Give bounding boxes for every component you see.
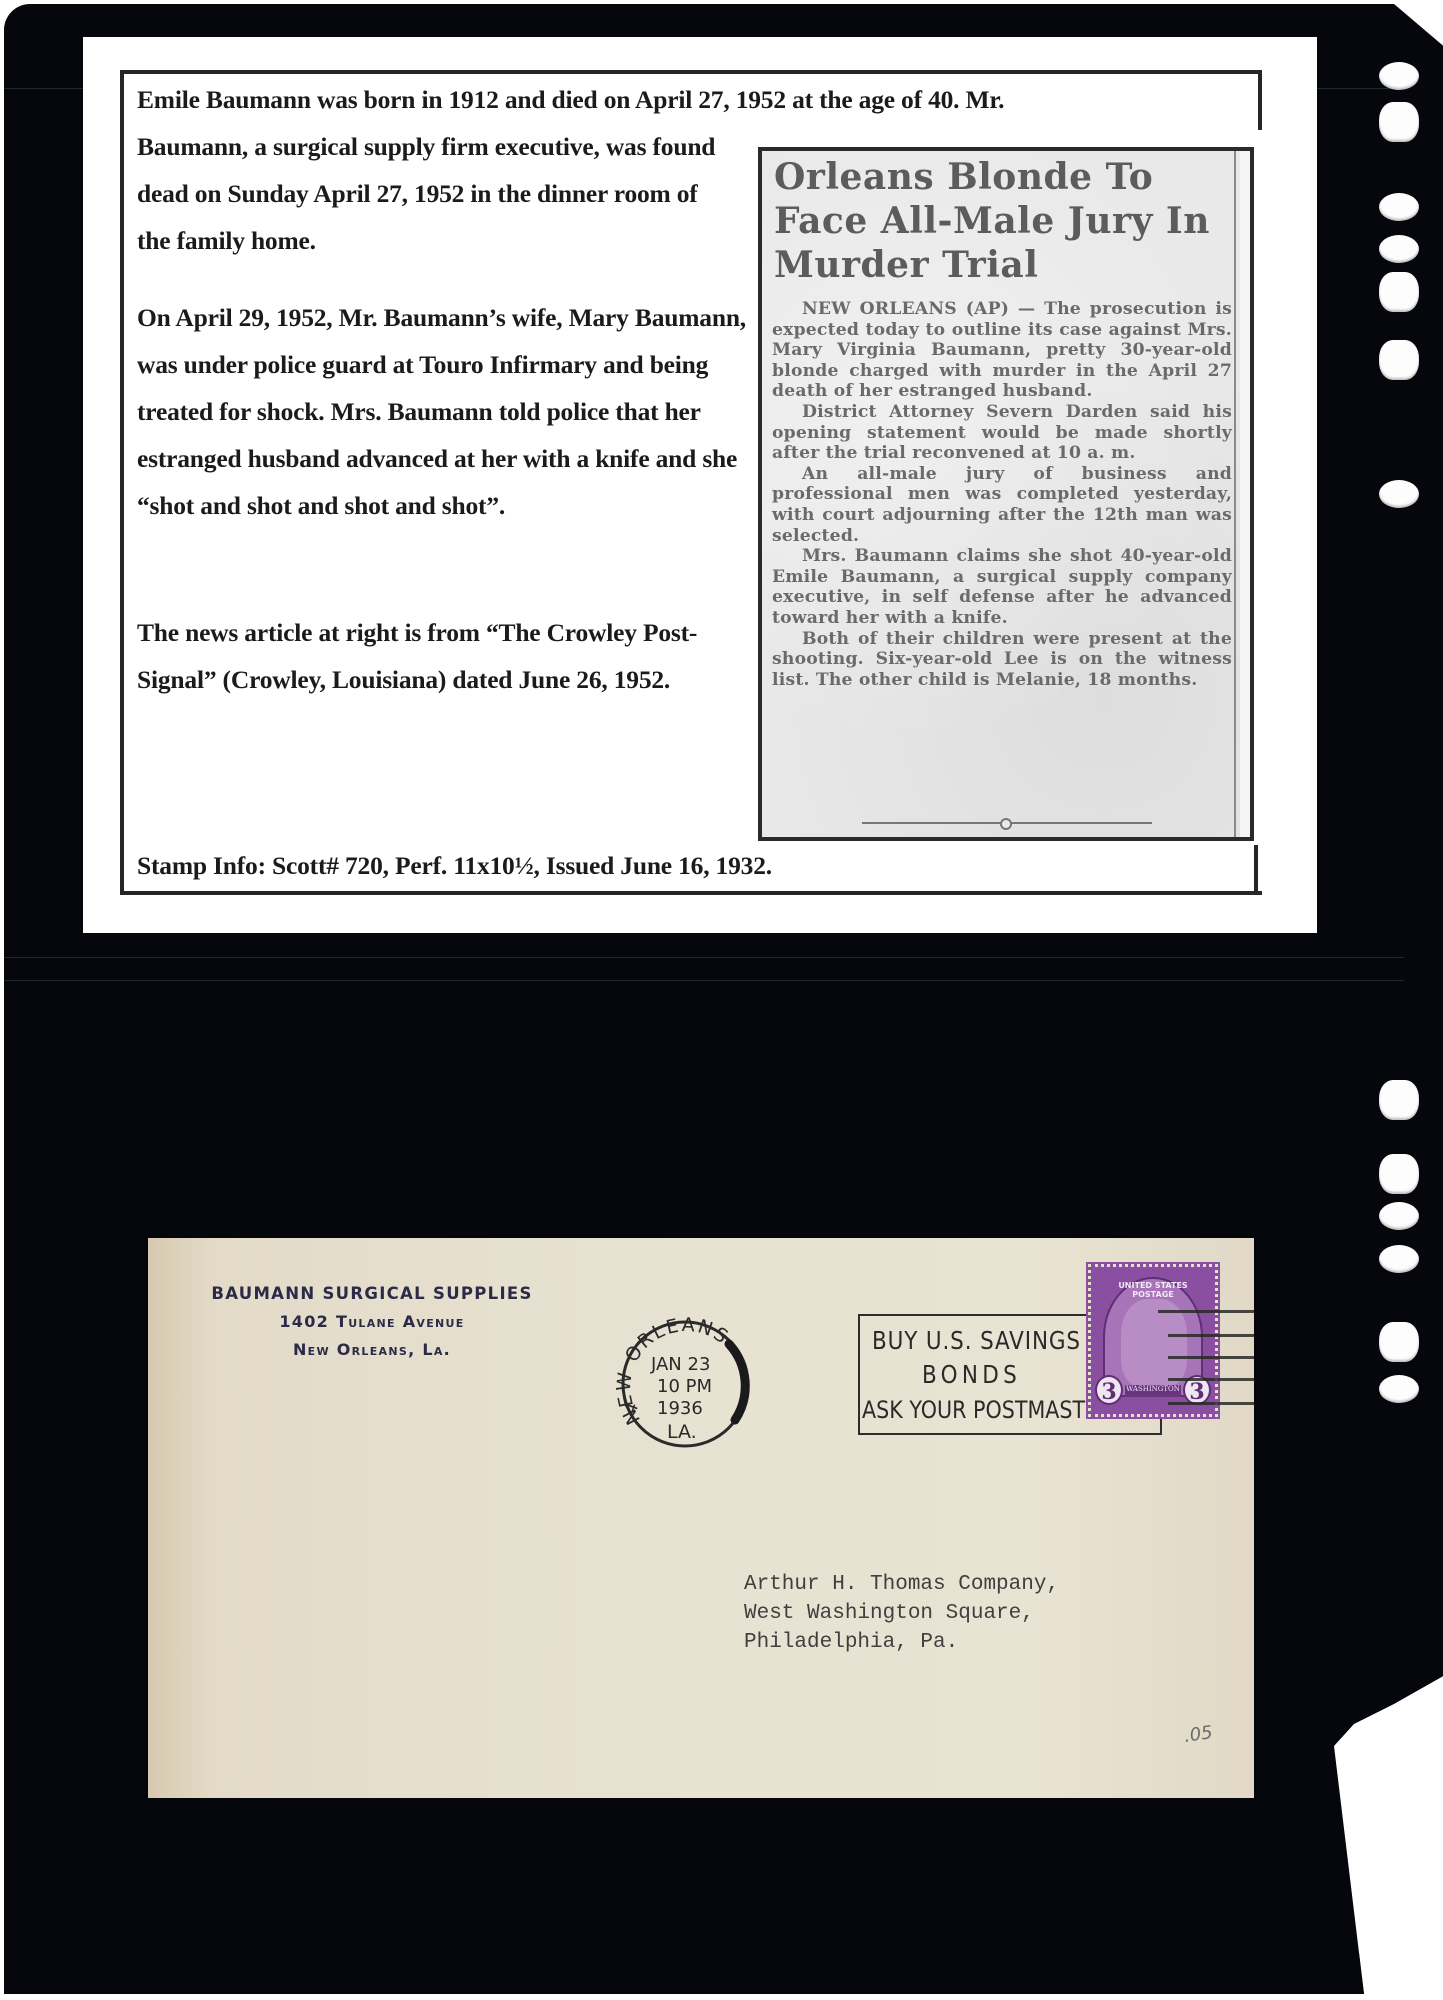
envelope-cover: Baumann Surgical Supplies 1402 Tulane Av… <box>148 1238 1254 1798</box>
cancel-bar <box>1168 1402 1254 1405</box>
info-frame-edge <box>1254 845 1258 895</box>
cancel-bar <box>1168 1378 1254 1381</box>
binder-hole <box>1379 1322 1419 1362</box>
binder-hole <box>1379 340 1419 380</box>
postmark-state: LA. <box>667 1421 697 1443</box>
bio-paragraph: Baumann, a surgical supply firm executiv… <box>137 123 737 264</box>
clipping-body: NEW ORLEANS (AP) — The prosecution is ex… <box>772 299 1232 690</box>
postmark: NEW ORLEANS JAN 23 10 PM 1936 LA. 4 <box>611 1308 759 1456</box>
stamp-banner: UNITED STATES POSTAGE <box>1097 1281 1209 1299</box>
clipping-paragraph: District Attorney Severn Darden said his… <box>772 402 1232 464</box>
newspaper-clipping: Orleans Blonde To Face All-Male Jury In … <box>758 147 1254 841</box>
clipping-headline: Orleans Blonde To Face All-Male Jury In … <box>774 155 1234 287</box>
binder-hole <box>1379 193 1419 221</box>
return-address-line: New Orleans, La. <box>192 1336 552 1364</box>
postmark-time: 10 PM <box>657 1376 712 1397</box>
recipient-address: Arthur H. Thomas Company,West Washington… <box>744 1570 1059 1657</box>
article-end-rule <box>862 822 1152 824</box>
pencil-price-note: .05 <box>1183 1722 1214 1747</box>
recipient-line: Philadelphia, Pa. <box>744 1628 1059 1657</box>
strip-edge-line <box>4 957 1404 958</box>
postage-stamp: UNITED STATES POSTAGE WASHINGTON 3 3 <box>1088 1264 1218 1417</box>
slogan-line: BUY U.S. SAVINGS <box>872 1326 1081 1355</box>
binder-hole <box>1379 1245 1419 1273</box>
binder-hole <box>1379 235 1419 263</box>
binder-hole <box>1379 1202 1419 1230</box>
source-paragraph: The news article at right is from “The C… <box>137 609 757 703</box>
stamp-name: WASHINGTON <box>1125 1385 1181 1397</box>
binder-hole <box>1379 272 1419 312</box>
info-frame-edge <box>1258 70 1262 130</box>
binder-hole <box>1379 1080 1419 1120</box>
column-rule <box>1234 151 1236 837</box>
stamp-info: Stamp Info: Scott# 720, Perf. 11x10½, Is… <box>137 842 772 889</box>
postmark-year: 1936 <box>657 1398 703 1419</box>
recipient-line: West Washington Square, <box>744 1599 1059 1628</box>
binder-hole <box>1379 102 1419 142</box>
stamp-denomination: 3 <box>1095 1375 1123 1405</box>
adjacent-column-fragment <box>1240 151 1254 837</box>
cancel-bar <box>1168 1334 1254 1337</box>
recipient-line: Arthur H. Thomas Company, <box>744 1570 1059 1599</box>
return-address-line: Baumann Surgical Supplies <box>192 1280 552 1308</box>
binder-hole <box>1379 1154 1419 1194</box>
clipping-paragraph: An all-male jury of business and profess… <box>772 464 1232 546</box>
cancel-bar <box>1158 1310 1254 1313</box>
strip-edge-line <box>4 980 1404 981</box>
clipping-paragraph: NEW ORLEANS (AP) — The prosecution is ex… <box>772 299 1232 402</box>
return-address-line: 1402 Tulane Avenue <box>192 1308 552 1336</box>
postmark-date: JAN 23 <box>650 1354 710 1375</box>
binder-hole <box>1379 480 1419 508</box>
slogan-line: BONDS <box>922 1360 1021 1389</box>
cancel-bar <box>1168 1356 1254 1359</box>
clipping-paragraph: Both of their children were present at t… <box>772 629 1232 691</box>
return-address: Baumann Surgical Supplies 1402 Tulane Av… <box>192 1280 552 1364</box>
postmark-circle-icon: NEW ORLEANS JAN 23 10 PM 1936 LA. 4 <box>611 1308 759 1456</box>
binder-hole <box>1379 1375 1419 1403</box>
incident-paragraph: On April 29, 1952, Mr. Baumann’s wife, M… <box>137 294 757 529</box>
bio-first-line: Emile Baumann was born in 1912 and died … <box>137 76 1004 123</box>
clipping-paragraph: Mrs. Baumann claims she shot 40-year-old… <box>772 546 1232 628</box>
binder-hole <box>1379 62 1419 90</box>
slogan-line: ASK YOUR POSTMASTER <box>862 1396 1112 1424</box>
